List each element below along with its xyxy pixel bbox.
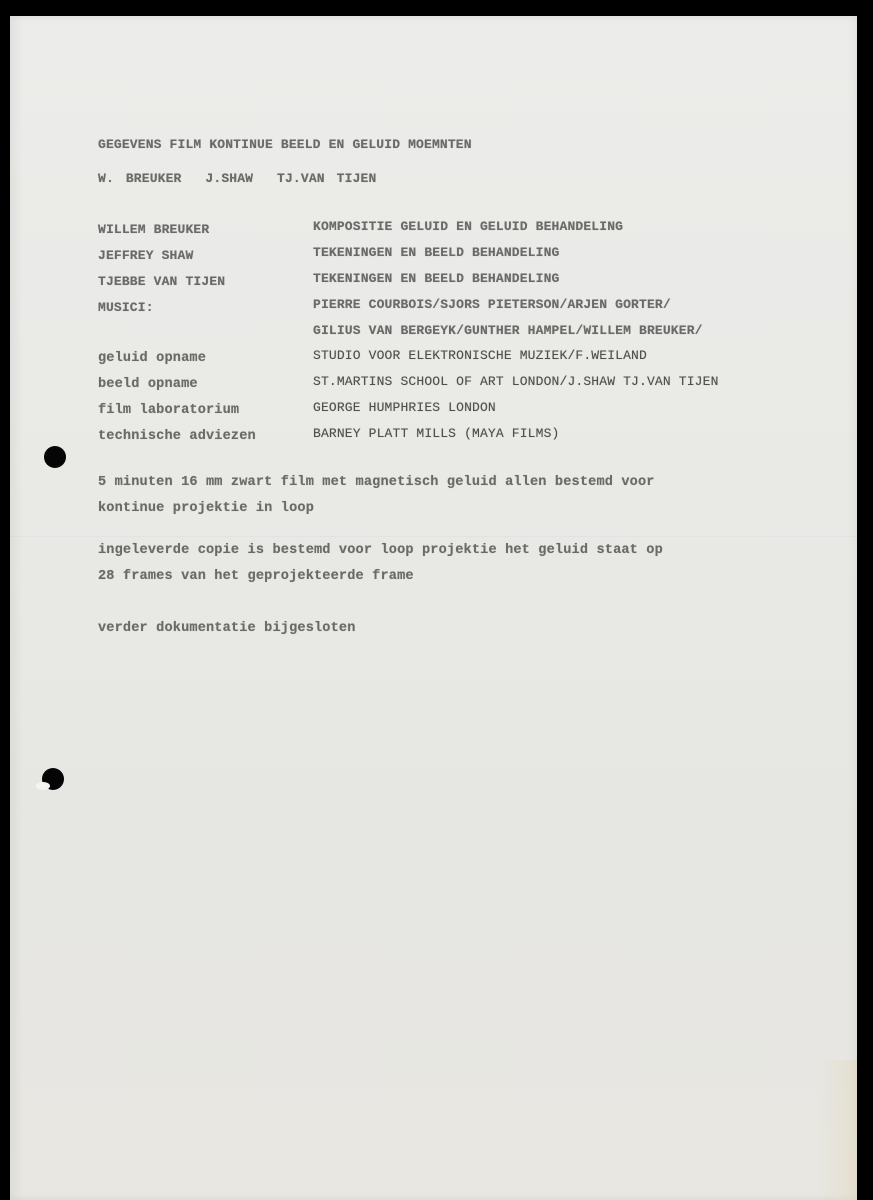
- paragraph-line: kontinue projektie in loop: [98, 501, 314, 516]
- credit-label: TJEBBE VAN TIJEN: [98, 274, 225, 289]
- credit-label: geluid opname: [98, 351, 206, 366]
- punch-hole-bottom: [42, 768, 64, 790]
- credit-value: BARNEY PLATT MILLS (MAYA FILMS): [313, 426, 560, 441]
- paragraph-line: 28 frames van het geprojekteerde frame: [98, 569, 414, 584]
- document-authors: W. BREUKER J.SHAW TJ.VAN TIJEN: [98, 171, 376, 186]
- credit-label: MUSICI:: [98, 300, 154, 315]
- punch-hole-top: [44, 446, 66, 468]
- typewritten-page: GEGEVENS FILM KONTINUE BEELD EN GELUID M…: [10, 16, 857, 1200]
- paragraph-line: ingeleverde copie is bestemd voor loop p…: [98, 543, 663, 558]
- credit-value: GEORGE HUMPHRIES LONDON: [313, 400, 496, 415]
- document-title: GEGEVENS FILM KONTINUE BEELD EN GELUID M…: [98, 137, 472, 152]
- credit-label: film laboratorium: [98, 403, 239, 418]
- credit-value: STUDIO VOOR ELEKTRONISCHE MUZIEK/F.WEILA…: [313, 348, 647, 363]
- paper-crease: [10, 536, 857, 537]
- credit-label: technische adviezen: [98, 429, 256, 444]
- credit-value: GILIUS VAN BERGEYK/GUNTHER HAMPEL/WILLEM…: [313, 323, 703, 338]
- credit-value: TEKENINGEN EN BEELD BEHANDELING: [313, 271, 560, 286]
- paragraph-line: 5 minuten 16 mm zwart film met magnetisc…: [98, 475, 655, 490]
- torn-paper-fragment: [36, 782, 50, 790]
- credit-value: TEKENINGEN EN BEELD BEHANDELING: [313, 245, 560, 260]
- credit-label: WILLEM BREUKER: [98, 222, 209, 237]
- paragraph-line: verder dokumentatie bijgesloten: [98, 621, 356, 636]
- credit-value: ST.MARTINS SCHOOL OF ART LONDON/J.SHAW T…: [313, 374, 719, 389]
- credit-value: KOMPOSITIE GELUID EN GELUID BEHANDELING: [313, 219, 623, 234]
- credit-value: PIERRE COURBOIS/SJORS PIETERSON/ARJEN GO…: [313, 297, 671, 312]
- credit-label: JEFFREY SHAW: [98, 248, 193, 263]
- credit-label: beeld opname: [98, 377, 198, 392]
